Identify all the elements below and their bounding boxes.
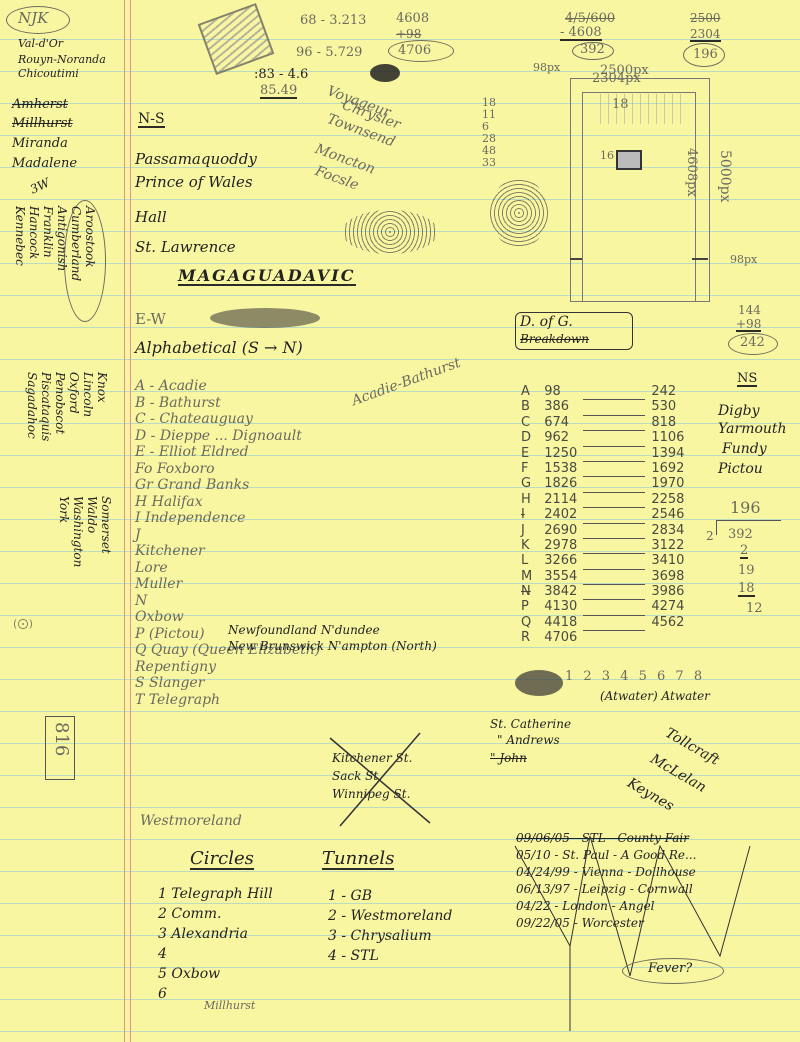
table-row: I24022546 xyxy=(515,508,690,523)
circles-list: 1 Telegraph Hill 2 Comm. 3 Alexandria 4 … xyxy=(158,884,273,1004)
row-start: 4418 xyxy=(538,615,583,630)
row-start: 1250 xyxy=(538,446,583,461)
ew-item: Lore xyxy=(135,560,320,577)
row-start: 674 xyxy=(538,415,583,430)
vertical-name: Somerset xyxy=(100,496,112,554)
margin-mark xyxy=(570,258,582,260)
left-margin-label: 98px xyxy=(533,62,560,73)
left-name: Millhurst xyxy=(12,117,73,130)
vertical-name: Oxford xyxy=(68,372,80,414)
saint-name: " John xyxy=(490,752,527,764)
circles-item: 4 xyxy=(158,944,273,964)
legal-pad-page: NJK Val-d'Or Rouyn-Noranda Chicoutimi Am… xyxy=(0,0,800,1042)
ns-province-item: Pictou xyxy=(718,462,763,476)
sketch-icon xyxy=(198,3,275,75)
left-name: Rouyn-Noranda xyxy=(18,54,106,65)
row-start: 4130 xyxy=(538,600,583,615)
vertical-name: Lincoln xyxy=(82,372,94,417)
circles-item: 5 Oxbow xyxy=(158,964,273,984)
row-dash xyxy=(583,538,645,553)
right-margin-label: 98px xyxy=(730,254,757,265)
outer-width-label: 2500px xyxy=(600,64,649,77)
cube-icon xyxy=(616,150,642,170)
circles-heading: Circles xyxy=(190,850,254,870)
row-end: 4562 xyxy=(645,615,690,630)
ew-item: H Halifax xyxy=(135,494,320,511)
margin-line xyxy=(124,0,125,1042)
left-name: Chicoutimi xyxy=(18,68,79,79)
n-note: Newfoundland N'dundee xyxy=(228,624,380,636)
row-start: 1826 xyxy=(538,477,583,492)
row-letter: Q xyxy=(515,615,538,630)
vertical-name: Aroostook xyxy=(84,206,96,268)
ew-list: A - Acadie B - Bathurst C - Chateauguay … xyxy=(135,378,320,708)
ns-item: St. Lawrence xyxy=(135,240,236,255)
saint-name: St. Catherine xyxy=(490,718,571,730)
row-dash xyxy=(583,554,645,569)
row-end: 3698 xyxy=(645,569,690,584)
row-start: 962 xyxy=(538,431,583,446)
row-start: 3266 xyxy=(538,554,583,569)
row-letter: G xyxy=(515,477,538,492)
ew-item: C - Chateauguay xyxy=(135,411,320,428)
table-row: P41304274 xyxy=(515,600,690,615)
ew-item: Muller xyxy=(135,576,320,593)
vertical-name: Sagadahoc xyxy=(26,372,38,439)
ew-item: Fo Foxboro xyxy=(135,461,320,478)
ns-item: Passamaquoddy xyxy=(135,152,257,167)
sum-result: 242 xyxy=(740,336,765,349)
tunnels-list: 1 - GB 2 - Westmoreland 3 - Chrysalium 4… xyxy=(328,886,452,966)
table-row: C674818 xyxy=(515,415,690,430)
vertical-name: Franklin xyxy=(42,206,54,258)
row-start: 4706 xyxy=(538,631,583,646)
calc-circled: 4706 xyxy=(398,44,431,57)
scribble xyxy=(210,308,320,328)
row-end xyxy=(645,631,690,646)
inner-height-label: 4608px xyxy=(685,148,698,197)
row-letter: C xyxy=(515,415,538,430)
ew-item: E - Elliot Eldred xyxy=(135,444,320,461)
margin-line xyxy=(130,0,131,1042)
number: 33 xyxy=(482,157,496,169)
calc-line: :83 - 4.6 xyxy=(254,68,308,81)
divisor: 2 xyxy=(706,530,714,542)
division-step: 2 xyxy=(740,544,748,559)
row-dash xyxy=(583,385,645,400)
grid-cols-label: 18 xyxy=(612,98,629,111)
row-dash xyxy=(583,508,645,523)
grid-rows-label: 16 xyxy=(600,150,614,161)
row-letter: I xyxy=(515,508,538,523)
acadie-note: Acadie-Bathurst xyxy=(350,356,462,408)
calc-number: 4608 xyxy=(396,12,429,25)
ns-province-item: Digby xyxy=(718,404,760,418)
row-dash xyxy=(583,600,645,615)
table-row: B386530 xyxy=(515,400,690,415)
circles-note: Millhurst xyxy=(204,1000,255,1011)
row-end: 1692 xyxy=(645,461,690,476)
scribble xyxy=(490,178,548,248)
vertical-name: Hancock xyxy=(28,206,40,259)
calc-line: 96 - 5.729 xyxy=(296,46,362,59)
ew-item: D - Dieppe ... Dignoault xyxy=(135,428,320,445)
tunnels-item: 2 - Westmoreland xyxy=(328,906,452,926)
row-letter: K xyxy=(515,538,538,553)
row-dash xyxy=(583,523,645,538)
vertical-name: Kennebec xyxy=(14,206,26,266)
row-letter: B xyxy=(515,400,538,415)
table-row: L32663410 xyxy=(515,554,690,569)
ns-heading: N-S xyxy=(138,112,165,128)
row-start: 2978 xyxy=(538,538,583,553)
ew-item: I Independence xyxy=(135,510,320,527)
dog-subtitle: Breakdown xyxy=(520,333,589,345)
row-end: 1970 xyxy=(645,477,690,492)
row-dash xyxy=(583,615,645,630)
outer-height-label: 5000px xyxy=(718,150,732,203)
circles-item: 1 Telegraph Hill xyxy=(158,884,273,904)
ew-item: Kitchener xyxy=(135,543,320,560)
scribble xyxy=(342,210,438,254)
dog-breakdown-table: A98242B386530C674818D9621106E12501394F15… xyxy=(515,385,690,646)
table-row: H21142258 xyxy=(515,492,690,507)
table-row: M35543698 xyxy=(515,569,690,584)
row-dash xyxy=(583,400,645,415)
row-start: 2402 xyxy=(538,508,583,523)
digits-row: 1 2 3 4 5 6 7 8 xyxy=(565,670,705,683)
ew-item: B - Bathurst xyxy=(135,395,320,412)
row-end: 2546 xyxy=(645,508,690,523)
row-dash xyxy=(583,446,645,461)
bracket-label: 3W xyxy=(28,176,51,195)
row-end: 3122 xyxy=(645,538,690,553)
row-dash xyxy=(583,492,645,507)
ns-item: Prince of Wales xyxy=(135,175,253,190)
row-dash xyxy=(583,461,645,476)
division-step: 12 xyxy=(746,602,763,615)
row-end: 242 xyxy=(645,385,690,400)
row-letter: N xyxy=(515,585,538,600)
fever-note: Fever? xyxy=(648,962,692,975)
row-letter: M xyxy=(515,569,538,584)
ew-subheading: Alphabetical (S → N) xyxy=(135,340,303,356)
dog-title: D. of G. xyxy=(520,315,573,329)
left-name: Amherst xyxy=(12,98,68,111)
atwater-note: (Atwater) Atwater xyxy=(600,690,710,702)
ew-heading: E-W xyxy=(135,312,166,327)
division-step: 19 xyxy=(738,564,755,577)
row-end: 2834 xyxy=(645,523,690,538)
table-row: A98242 xyxy=(515,385,690,400)
njk-heading: NJK xyxy=(18,11,48,26)
row-end: 1394 xyxy=(645,446,690,461)
ns-province-item: Yarmouth xyxy=(718,422,787,436)
ew-item: J xyxy=(135,527,320,544)
n-note: New Brunswick N'ampton (North) xyxy=(228,640,437,652)
cross-out-mark xyxy=(325,728,435,828)
row-letter: A xyxy=(515,385,538,400)
ns-item: Hall xyxy=(135,210,167,225)
scribble xyxy=(370,64,400,82)
row-start: 98 xyxy=(538,385,583,400)
row-end: 2258 xyxy=(645,492,690,507)
boxed-number: 816 xyxy=(52,722,70,756)
table-row: R4706 xyxy=(515,631,690,646)
vertical-name: Piscataquis xyxy=(40,372,52,441)
ew-item: T Telegraph xyxy=(135,692,320,709)
circles-item: 3 Alexandria xyxy=(158,924,273,944)
calc-result: 196 xyxy=(693,48,718,61)
table-row: F15381692 xyxy=(515,461,690,476)
division-step: 18 xyxy=(738,582,755,597)
row-end: 818 xyxy=(645,415,690,430)
section-heading: MAGAGUADAVIC xyxy=(178,268,356,286)
row-end: 3410 xyxy=(645,554,690,569)
calc-line: 2304 xyxy=(690,28,721,42)
row-dash xyxy=(583,585,645,600)
sum-line: +98 xyxy=(736,318,761,332)
row-start: 1538 xyxy=(538,461,583,476)
ns-province-heading: NS xyxy=(737,372,757,387)
table-row: J26902834 xyxy=(515,523,690,538)
row-letter: E xyxy=(515,446,538,461)
left-name: Madalene xyxy=(12,157,77,170)
row-letter: P xyxy=(515,600,538,615)
row-dash xyxy=(583,431,645,446)
row-letter: H xyxy=(515,492,538,507)
row-start: 3842 xyxy=(538,585,583,600)
calc-line: - 4608 xyxy=(560,26,602,41)
row-end: 3986 xyxy=(645,585,690,600)
tunnels-item: 1 - GB xyxy=(328,886,452,906)
row-dash xyxy=(583,415,645,430)
row-letter: D xyxy=(515,431,538,446)
row-start: 2690 xyxy=(538,523,583,538)
saint-name: " Andrews xyxy=(497,734,560,746)
row-letter: J xyxy=(515,523,538,538)
vertical-name: Cumberland xyxy=(70,206,82,281)
row-dash xyxy=(583,477,645,492)
tunnels-heading: Tunnels xyxy=(322,850,394,870)
calc-result: 392 xyxy=(580,43,605,56)
table-row: N38423986 xyxy=(515,585,690,600)
calc-line: 68 - 3.213 xyxy=(300,14,366,27)
doodle xyxy=(12,618,34,630)
row-dash xyxy=(583,631,645,646)
right-name: Keynes xyxy=(625,776,676,814)
tunnels-item: 3 - Chrysalium xyxy=(328,926,452,946)
row-letter: R xyxy=(515,631,538,646)
calc-total: 85.49 xyxy=(260,84,297,99)
row-start: 386 xyxy=(538,400,583,415)
row-start: 3554 xyxy=(538,569,583,584)
page-layout-diagram: 18 16 2304px 4608px xyxy=(570,78,710,302)
calc-number: +98 xyxy=(396,28,421,40)
table-row: K29783122 xyxy=(515,538,690,553)
dividend: 392 xyxy=(728,528,753,541)
row-end: 1106 xyxy=(645,431,690,446)
ew-item: Repentigny xyxy=(135,659,320,676)
table-row: D9621106 xyxy=(515,431,690,446)
scribble xyxy=(515,670,563,696)
ns-province-item: Fundy xyxy=(722,442,767,456)
ew-item: Gr Grand Banks xyxy=(135,477,320,494)
table-row: Q44184562 xyxy=(515,615,690,630)
table-row: E12501394 xyxy=(515,446,690,461)
vertical-name: Penobscot xyxy=(54,372,66,434)
zigzag-cross-out xyxy=(510,826,760,1036)
sum-line: 144 xyxy=(738,304,761,316)
margin-mark xyxy=(692,258,708,260)
row-end: 4274 xyxy=(645,600,690,615)
row-letter: L xyxy=(515,554,538,569)
ew-item: Westmoreland xyxy=(140,814,242,828)
quotient: 196 xyxy=(730,500,761,516)
vertical-name: York xyxy=(58,496,70,523)
row-end: 530 xyxy=(645,400,690,415)
tunnels-item: 4 - STL xyxy=(328,946,452,966)
calc-line: 2500 xyxy=(690,12,721,24)
row-start: 2114 xyxy=(538,492,583,507)
left-name: Val-d'Or xyxy=(18,38,63,49)
row-letter: F xyxy=(515,461,538,476)
vertical-name: Washington xyxy=(72,496,84,567)
circles-item: 2 Comm. xyxy=(158,904,273,924)
calc-line: 4/5/600 xyxy=(565,12,615,25)
vertical-name: Waldo xyxy=(86,496,98,533)
ew-item: S Slanger xyxy=(135,675,320,692)
vertical-name: Antigonish xyxy=(56,206,68,271)
number-column: 18 11 6 28 48 33 xyxy=(482,97,496,169)
ew-item: A - Acadie xyxy=(135,378,320,395)
row-dash xyxy=(583,569,645,584)
vertical-name: Knox xyxy=(96,372,108,403)
ew-item: N xyxy=(135,593,320,610)
left-name: Miranda xyxy=(12,137,68,150)
table-row: G18261970 xyxy=(515,477,690,492)
